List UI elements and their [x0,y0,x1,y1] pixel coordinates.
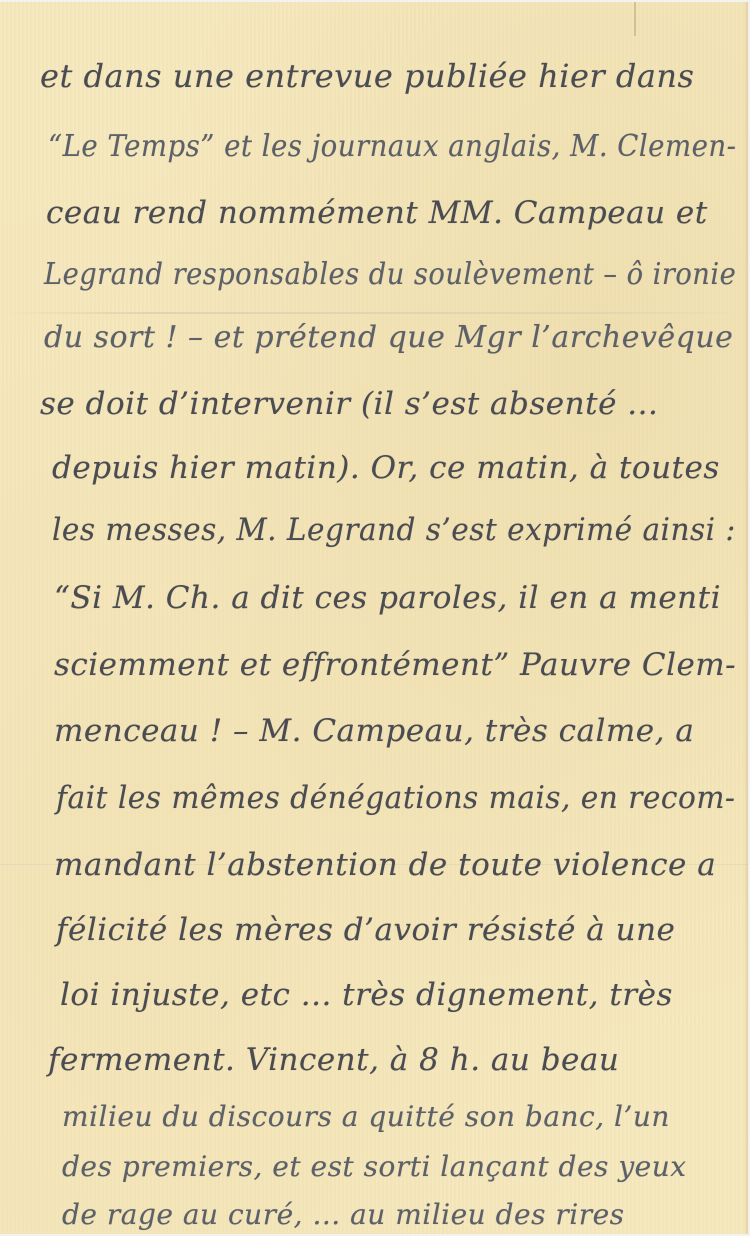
text-line: loi injuste, etc ... très dignement, trè… [60,977,673,1013]
text-line: se doit d’intervenir (il s’est absenté .… [40,386,658,422]
text-line: et dans une entrevue publiée hier dans [40,57,694,95]
text-line: fait les mêmes dénégations mais, en reco… [56,780,735,816]
text-line: les messes, M. Legrand s’est exprimé ain… [52,512,736,548]
paper-edge [744,2,748,1234]
text-line: menceau ! – M. Campeau, très calme, a [54,713,694,749]
letter-page: et dans une entrevue publiée hier dans “… [0,2,748,1234]
text-line: ceau rend nommément MM. Campeau et [46,195,708,231]
text-line: “Le Temps” et les journaux anglais, M. C… [48,129,736,164]
text-line: sciemment et effrontément” Pauvre Clem- [54,647,736,683]
text-line: de rage au curé, ... au milieu des rires [62,1198,625,1231]
text-line: mandant l’abstention de toute violence a [54,847,716,883]
text-line: du sort ! – et prétend que Mgr l’archevê… [44,320,733,355]
paper-tear-mark [634,2,636,36]
text-line: depuis hier matin). Or, ce matin, à tout… [52,450,720,486]
text-line: fermement. Vincent, à 8 h. au beau [48,1042,619,1078]
text-line: des premiers, et est sorti lançant des y… [62,1150,687,1183]
paper-fold-line [0,312,748,314]
text-line: félicité les mères d’avoir résisté à une [56,912,675,948]
text-line: Legrand responsables du soulèvement – ô … [44,257,736,292]
text-line: “Si M. Ch. a dit ces paroles, il en a me… [54,580,721,616]
text-line: milieu du discours a quitté son banc, l’… [62,1100,670,1133]
